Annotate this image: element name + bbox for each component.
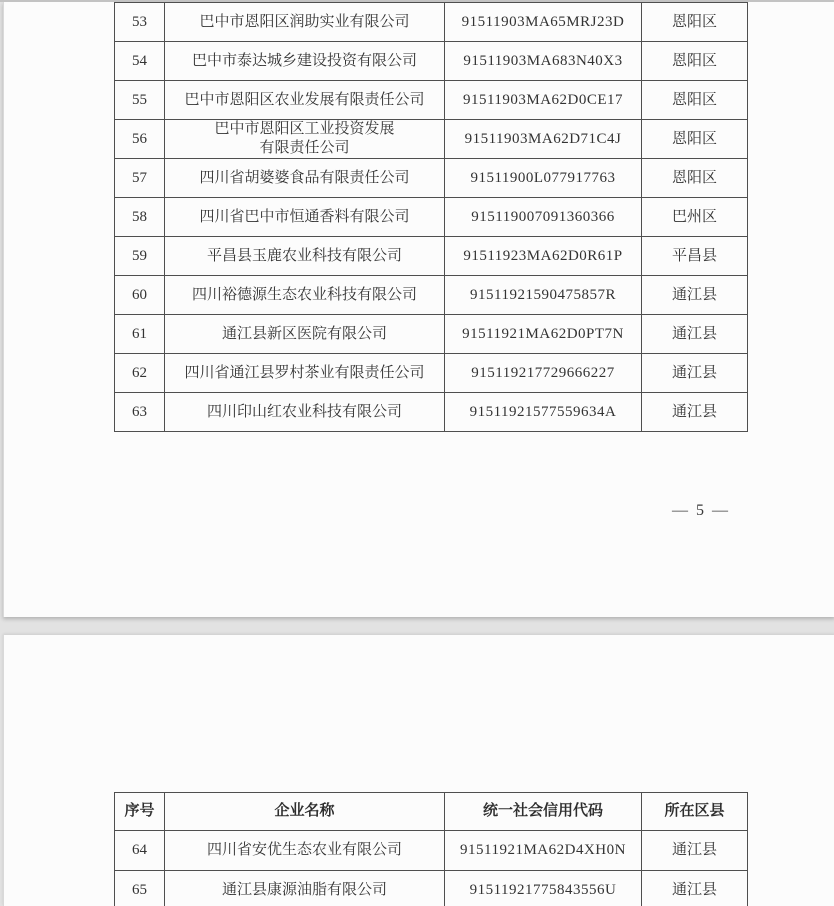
cell-no: 57 (115, 159, 165, 198)
document-viewer: 53巴中市恩阳区润助实业有限公司91511903MA65MRJ23D恩阳区54巴… (0, 0, 834, 906)
document-page-6[interactable]: 序号 企业名称 统一社会信用代码 所在区县 64四川省安优生态农业有限公司915… (3, 635, 834, 906)
cell-code: 915119007091360366 (445, 198, 642, 237)
cell-no: 63 (115, 393, 165, 432)
cell-no: 55 (115, 81, 165, 120)
company-name: 通江县康源油脂有限公司 (169, 881, 440, 900)
cell-code: 91511903MA62D0CE17 (445, 81, 642, 120)
company-name: 巴中市恩阳区农业发展有限责任公司 (169, 91, 440, 110)
cell-district: 巴州区 (642, 198, 748, 237)
table-row: 57四川省胡婆婆食品有限责任公司91511900L077917763恩阳区 (115, 159, 748, 198)
cell-name: 四川省通江县罗村茶业有限责任公司 (165, 354, 445, 393)
table-row: 55巴中市恩阳区农业发展有限责任公司91511903MA62D0CE17恩阳区 (115, 81, 748, 120)
table-row: 60四川裕德源生态农业科技有限公司91511921590475857R通江县 (115, 276, 748, 315)
cell-no: 59 (115, 237, 165, 276)
cell-no: 60 (115, 276, 165, 315)
header-district: 所在区县 (642, 793, 748, 831)
page-number: — 5 — (656, 502, 746, 520)
table-row: 63四川印山红农业科技有限公司91511921577559634A通江县 (115, 393, 748, 432)
header-company-name: 企业名称 (165, 793, 445, 831)
table-row: 56巴中市恩阳区工业投资发展有限责任公司91511903MA62D71C4J恩阳… (115, 120, 748, 159)
cell-district: 恩阳区 (642, 159, 748, 198)
cell-code: 91511903MA65MRJ23D (445, 3, 642, 42)
cell-name: 平昌县玉鹿农业科技有限公司 (165, 237, 445, 276)
company-name: 四川省巴中市恒通香料有限公司 (169, 208, 440, 227)
cell-code: 91511921MA62D4XH0N (445, 831, 642, 871)
cell-name: 通江县康源油脂有限公司 (165, 871, 445, 906)
cell-district: 通江县 (642, 393, 748, 432)
cell-code: 91511921590475857R (445, 276, 642, 315)
cell-district: 恩阳区 (642, 42, 748, 81)
cell-no: 64 (115, 831, 165, 871)
cell-no: 54 (115, 42, 165, 81)
cell-no: 56 (115, 120, 165, 159)
cell-district: 通江县 (642, 871, 748, 906)
cell-name: 巴中市恩阳区润助实业有限公司 (165, 3, 445, 42)
viewport-top-divider (0, 0, 834, 2)
cell-code: 91511903MA683N40X3 (445, 42, 642, 81)
cell-name: 巴中市恩阳区农业发展有限责任公司 (165, 81, 445, 120)
cell-name: 四川裕德源生态农业科技有限公司 (165, 276, 445, 315)
enterprise-table-page-5: 53巴中市恩阳区润助实业有限公司91511903MA65MRJ23D恩阳区54巴… (114, 2, 748, 432)
cell-code: 91511900L077917763 (445, 159, 642, 198)
cell-code: 91511903MA62D71C4J (445, 120, 642, 159)
cell-no: 65 (115, 871, 165, 906)
cell-district: 恩阳区 (642, 3, 748, 42)
cell-district: 通江县 (642, 276, 748, 315)
cell-district: 恩阳区 (642, 120, 748, 159)
table-row: 62四川省通江县罗村茶业有限责任公司915119217729666227通江县 (115, 354, 748, 393)
company-name: 巴中市恩阳区工业投资发展 (169, 120, 440, 139)
table-row: 54巴中市泰达城乡建设投资有限公司91511903MA683N40X3恩阳区 (115, 42, 748, 81)
page1-table-body: 53巴中市恩阳区润助实业有限公司91511903MA65MRJ23D恩阳区54巴… (115, 3, 748, 432)
cell-district: 通江县 (642, 315, 748, 354)
cell-name: 巴中市恩阳区工业投资发展有限责任公司 (165, 120, 445, 159)
cell-name: 通江县新区医院有限公司 (165, 315, 445, 354)
header-credit-code: 统一社会信用代码 (445, 793, 642, 831)
company-name: 四川省通江县罗村茶业有限责任公司 (169, 364, 440, 383)
cell-code: 91511923MA62D0R61P (445, 237, 642, 276)
page2-table-body: 64四川省安优生态农业有限公司91511921MA62D4XH0N通江县65通江… (115, 831, 748, 906)
cell-name: 四川省胡婆婆食品有限责任公司 (165, 159, 445, 198)
cell-code: 915119217729666227 (445, 354, 642, 393)
company-name: 四川省胡婆婆食品有限责任公司 (169, 169, 440, 188)
cell-no: 62 (115, 354, 165, 393)
company-name: 四川省安优生态农业有限公司 (169, 841, 440, 860)
company-name-line2: 有限责任公司 (169, 139, 440, 158)
cell-district: 通江县 (642, 354, 748, 393)
enterprise-table-page-6: 序号 企业名称 统一社会信用代码 所在区县 64四川省安优生态农业有限公司915… (114, 792, 748, 906)
cell-name: 巴中市泰达城乡建设投资有限公司 (165, 42, 445, 81)
cell-name: 四川省巴中市恒通香料有限公司 (165, 198, 445, 237)
table-row: 64四川省安优生态农业有限公司91511921MA62D4XH0N通江县 (115, 831, 748, 871)
document-page-5[interactable]: 53巴中市恩阳区润助实业有限公司91511903MA65MRJ23D恩阳区54巴… (3, 2, 834, 617)
cell-code: 91511921577559634A (445, 393, 642, 432)
company-name: 通江县新区医院有限公司 (169, 325, 440, 344)
company-name: 四川裕德源生态农业科技有限公司 (169, 286, 440, 305)
cell-no: 58 (115, 198, 165, 237)
company-name: 四川印山红农业科技有限公司 (169, 403, 440, 422)
cell-code: 91511921MA62D0PT7N (445, 315, 642, 354)
cell-name: 四川省安优生态农业有限公司 (165, 831, 445, 871)
table-row: 53巴中市恩阳区润助实业有限公司91511903MA65MRJ23D恩阳区 (115, 3, 748, 42)
table-row: 59平昌县玉鹿农业科技有限公司91511923MA62D0R61P平昌县 (115, 237, 748, 276)
table-row: 65通江县康源油脂有限公司91511921775843556U通江县 (115, 871, 748, 906)
company-name: 巴中市泰达城乡建设投资有限公司 (169, 52, 440, 71)
cell-code: 91511921775843556U (445, 871, 642, 906)
company-name: 巴中市恩阳区润助实业有限公司 (169, 13, 440, 32)
cell-name: 四川印山红农业科技有限公司 (165, 393, 445, 432)
table-header-row: 序号 企业名称 统一社会信用代码 所在区县 (115, 793, 748, 831)
table-row: 58四川省巴中市恒通香料有限公司915119007091360366巴州区 (115, 198, 748, 237)
cell-no: 53 (115, 3, 165, 42)
header-serial-number: 序号 (115, 793, 165, 831)
cell-no: 61 (115, 315, 165, 354)
company-name: 平昌县玉鹿农业科技有限公司 (169, 247, 440, 266)
cell-district: 恩阳区 (642, 81, 748, 120)
table-row: 61通江县新区医院有限公司91511921MA62D0PT7N通江县 (115, 315, 748, 354)
cell-district: 通江县 (642, 831, 748, 871)
cell-district: 平昌县 (642, 237, 748, 276)
